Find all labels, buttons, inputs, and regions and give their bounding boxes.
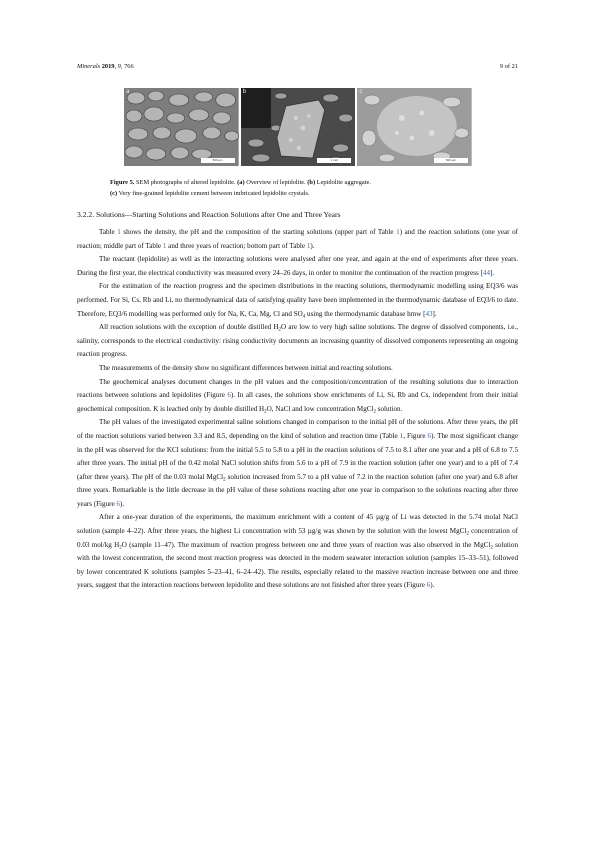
figure-panel-a: a 500 µm	[124, 88, 239, 166]
document-page: Minerals 2019, 9, 766 9 of 21	[0, 0, 595, 842]
journal-name: Minerals	[77, 63, 100, 70]
paragraph: The geochemical analyses document change…	[77, 376, 518, 417]
text: O, NaCl and low concentration MgCl	[267, 405, 374, 413]
text: All reaction solutions with the exceptio…	[99, 323, 279, 331]
paragraph: For the estimation of the reaction progr…	[77, 280, 518, 321]
text: The measurements of the density show no …	[99, 364, 393, 372]
paragraph: The measurements of the density show no …	[77, 362, 518, 376]
text: O (sample 11–47). The maximum of reactio…	[122, 541, 491, 549]
reference-link[interactable]: 43	[425, 310, 432, 318]
text: The reactant (lepidolite) as well as the…	[77, 255, 518, 277]
text: For the estimation of the reaction progr…	[77, 282, 518, 317]
figure-caption: Figure 5. SEM photographs of altered lep…	[110, 178, 500, 199]
text: shows the density, the pH and the compos…	[121, 228, 396, 236]
panel-label: a	[126, 89, 129, 95]
paragraph: The reactant (lepidolite) as well as the…	[77, 253, 518, 280]
reference-link[interactable]: 44	[483, 269, 490, 277]
sem-image-b	[241, 88, 356, 166]
scale-bar: 500 µm	[201, 158, 235, 163]
text: , Figure	[403, 432, 427, 440]
text: ).	[120, 500, 124, 508]
body-text: Table 1 shows the density, the pH and th…	[77, 226, 518, 593]
text: using the thermodynamic database hmw [	[305, 310, 425, 318]
text: and three years of reaction; bottom part…	[166, 242, 306, 250]
page-header: Minerals 2019, 9, 766 9 of 21	[77, 63, 518, 75]
caption-b-label: (b)	[307, 179, 315, 186]
page-number: 9 of 21	[500, 63, 518, 70]
scale-bar: 1 mm	[317, 158, 351, 163]
caption-a-text: Overview of lepidolite.	[245, 179, 308, 186]
caption-text: SEM photographs of altered lepidolite.	[134, 179, 237, 186]
caption-b-text: Lepidolite aggregate.	[315, 179, 371, 186]
text: ].	[433, 310, 437, 318]
caption-c-text: Very fine-grained lepidolite cement betw…	[117, 190, 309, 197]
sem-image-a	[124, 88, 239, 166]
paragraph: All reaction solutions with the exceptio…	[77, 321, 518, 362]
paragraph: Table 1 shows the density, the pH and th…	[77, 226, 518, 253]
journal-year: 2019	[102, 63, 115, 70]
figure-5: a 500 µm b 1 mm	[124, 88, 472, 166]
panel-label: b	[243, 89, 246, 95]
paragraph: The pH values of the investigated experi…	[77, 416, 518, 511]
paragraph: After a one-year duration of the experim…	[77, 511, 518, 593]
sem-image-c	[357, 88, 472, 166]
section-heading: 3.2.2. Solutions—Starting Solutions and …	[77, 210, 341, 219]
text: After a one-year duration of the experim…	[77, 513, 518, 535]
figure-panel-b: b 1 mm	[241, 88, 356, 166]
article-number: 766	[124, 63, 134, 70]
text: ].	[490, 269, 494, 277]
scale-bar: 500 µm	[434, 158, 468, 163]
caption-label: Figure 5.	[110, 179, 134, 186]
journal-volume: 9	[118, 63, 121, 70]
panel-label: c	[359, 89, 362, 95]
caption-a-label: (a)	[237, 179, 244, 186]
journal-citation: Minerals 2019, 9, 766	[77, 63, 134, 70]
text: ).	[430, 581, 434, 589]
figure-panel-c: c 500 µm	[357, 88, 472, 166]
text: solution.	[376, 405, 402, 413]
text: Table	[99, 228, 117, 236]
text: ).	[310, 242, 314, 250]
